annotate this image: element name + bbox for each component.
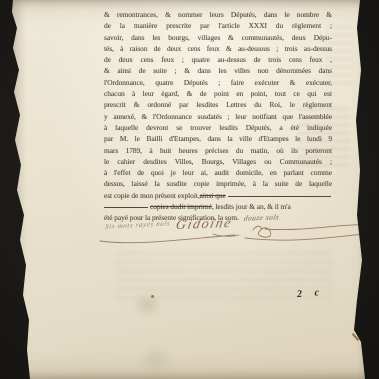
paper-stain: [138, 346, 174, 374]
printed-line: dessus, laissé la susdite copie imprimée…: [104, 178, 332, 189]
printed-text: est copie de mon présent exploit,: [104, 190, 200, 201]
paper-tear: [352, 333, 360, 341]
printed-line: de deux cens feux ; quatre au-dessus de …: [104, 54, 332, 65]
printed-line: de la manière prescrite par l'article XX…: [104, 20, 332, 31]
printed-line: prescrit & ordonné par lesdites Lettres …: [104, 99, 332, 110]
document-page: & remontrances, & nommer leurs Députés, …: [0, 0, 379, 379]
printed-line: par M. le Bailli d'Etampes, dans la vill…: [104, 133, 332, 144]
printed-line: tés, à raison de deux cens feux & au-des…: [104, 43, 332, 54]
printed-line: savoir, dans les bourgs, villages & comm…: [104, 32, 332, 43]
paper-stain: [133, 294, 161, 316]
printed-text: , lesdits jour & an, & il m'a: [212, 201, 291, 212]
printed-line: à l'effet de quoi je leur ai, audit domi…: [104, 167, 332, 178]
struck-words: copies dudit imprimé: [150, 201, 212, 212]
printed-line: & remontrances, & nommer leurs Députés, …: [104, 9, 332, 20]
printed-line: & ainsi de suite ; & dans les villes non…: [104, 65, 332, 76]
printed-line: y annexé, & l'Ordonnance susdatés ; leur…: [104, 111, 332, 122]
printed-line: le cahier desdites Villes, Bourgs, Villa…: [104, 156, 332, 167]
struck-words: ainsi que: [200, 190, 226, 201]
printed-line-with-strikeout: est copie de mon présent exploit, ainsi …: [104, 190, 332, 201]
handwritten-ink-mark: 2 c: [297, 287, 325, 300]
printed-line: chacun à leur égard, & de point en point…: [104, 88, 332, 99]
dash-rule: [104, 207, 148, 208]
printed-text-block: & remontrances, & nommer leurs Députés, …: [104, 9, 332, 224]
handwritten-fee-note: douze sols: [243, 212, 281, 223]
photo-background: & remontrances, & nommer leurs Députés, …: [0, 0, 379, 379]
foxing-spot: [151, 295, 154, 298]
printed-line: mars 1789, à huit heures précises du mat…: [104, 145, 332, 156]
printed-line: l'Ordonnance, quatre Députés ; faire exé…: [104, 77, 332, 88]
printed-line-with-strikeout: copies dudit imprimé , lesdits jour & an…: [104, 201, 332, 212]
printed-line: à laquelle devront se trouver lesdits Dé…: [104, 122, 332, 133]
dash-rule: [228, 196, 331, 197]
handwritten-signature: Gidoine: [174, 216, 233, 234]
